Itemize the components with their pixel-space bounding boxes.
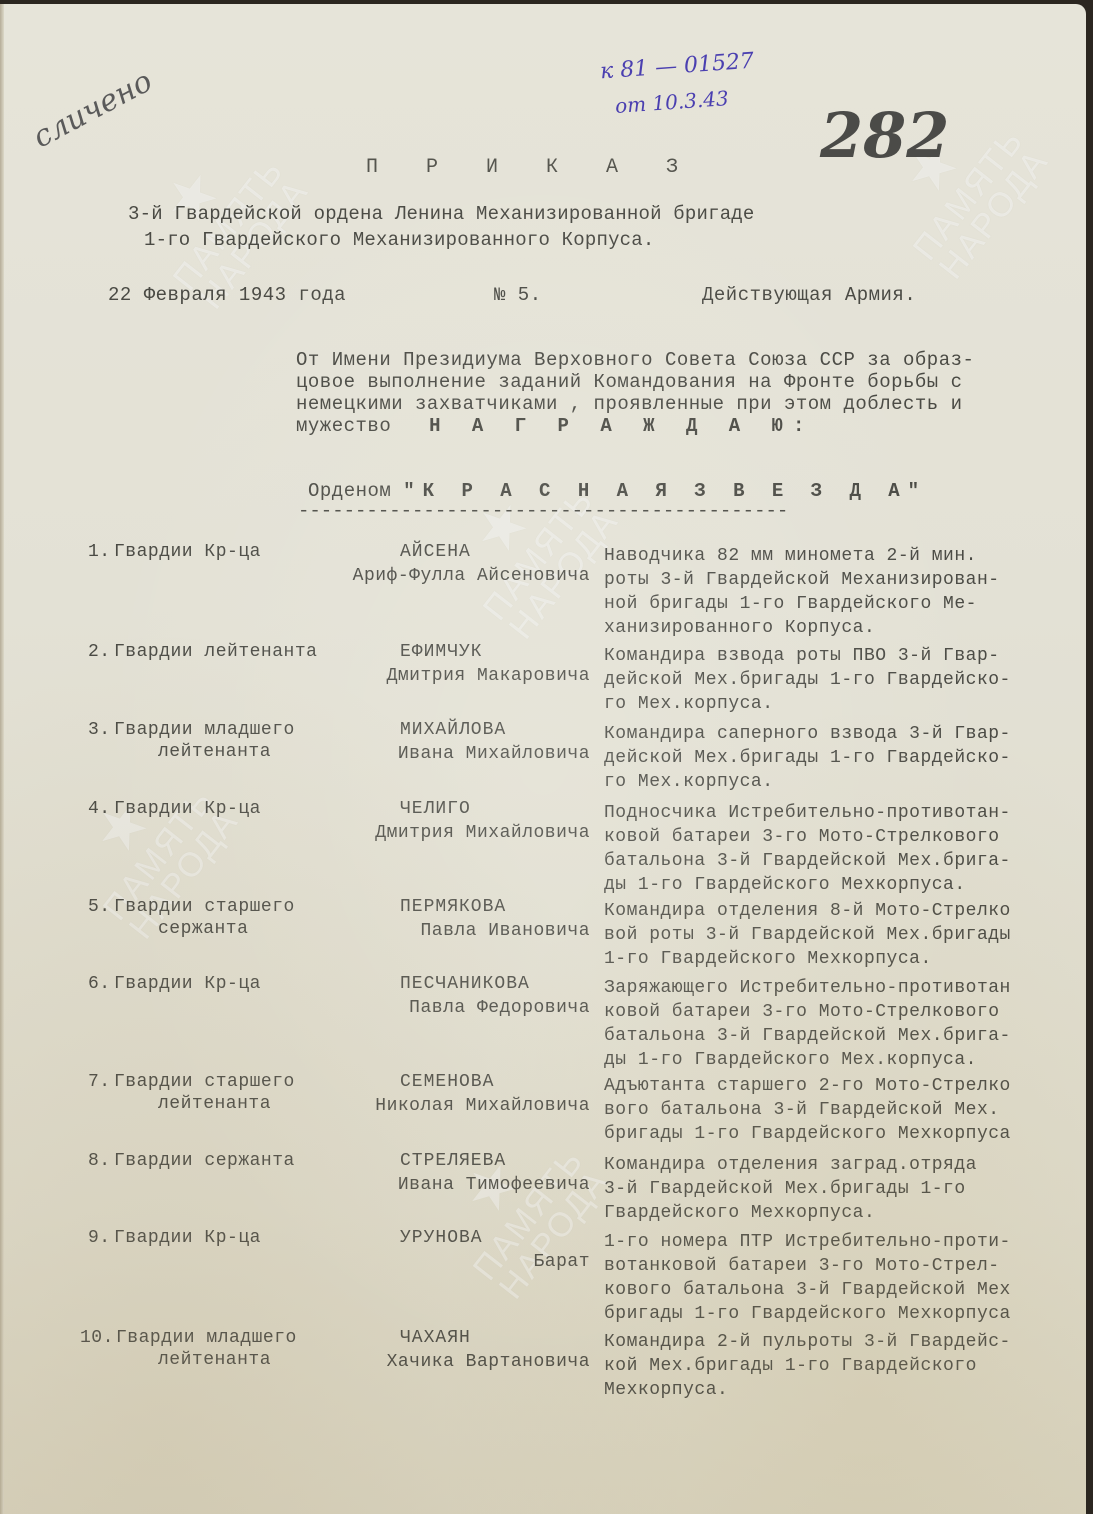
awardee-given-name: Барат xyxy=(533,1252,590,1272)
awardee-rank-cont: лейтенанта xyxy=(158,742,271,762)
awardee-position: Командира взвода роты ПВО 3-й Гвар- дейс… xyxy=(604,644,1011,716)
preamble-prefix: мужество xyxy=(296,415,391,437)
awardee-rank: Гвардии старшего xyxy=(114,1072,295,1092)
awardee-rank-cont: лейтенанта xyxy=(158,1350,271,1370)
archive-reference-date: от 10.3.43 xyxy=(614,86,729,118)
unit-name-line2: 1-го Гвардейского Механизированного Корп… xyxy=(144,229,654,251)
awardee-position: Командира 2-й пульроты 3-й Гвардейс- кой… xyxy=(604,1330,1011,1402)
awardee-given-name: Дмитрия Макаровича xyxy=(387,666,590,686)
document-page: ★ ПАМЯТЬ НАРОДА ★ ПАМЯТЬ НАРОДА ★ ПАМЯТЬ… xyxy=(0,4,1086,1514)
awardee-rank: Гвардии Кр-ца xyxy=(114,799,261,819)
awardee-surname: ПЕСЧАНИКОВА xyxy=(400,974,530,994)
awardee-rank: Гвардии младшего xyxy=(116,1328,297,1348)
awardee-surname: МИХАЙЛОВА xyxy=(400,720,506,740)
awardee-position: Заряжающего Истребительно-противотан ков… xyxy=(604,976,1011,1072)
watermark-text: НАРОДА xyxy=(932,143,1056,287)
award-name: "К Р А С Н А Я З В Е З Д А" xyxy=(403,480,927,502)
watermark-star-icon: ★ xyxy=(51,747,194,906)
handwritten-check-note: сличено xyxy=(27,64,158,156)
awardee-surname: АЙСЕНА xyxy=(400,542,471,562)
award-heading: Орденом "К Р А С Н А Я З В Е З Д А" xyxy=(308,480,927,502)
awardee-rank: Гвардии Кр-ца xyxy=(114,974,261,994)
awardee-given-name: Павла Ивановича xyxy=(420,921,590,941)
unit-name-line1: 3-й Гвардейской ордена Ленина Механизиро… xyxy=(128,203,755,225)
award-verb: Н А Г Р А Ж Д А Ю: xyxy=(429,415,814,437)
document-title: П Р И К А З xyxy=(366,156,696,179)
order-location: Действующая Армия. xyxy=(702,284,916,306)
awardee-surname: ПЕРМЯКОВА xyxy=(400,897,506,917)
preamble: От Имени Президиума Верховного Совета Со… xyxy=(296,349,974,437)
page-edge xyxy=(0,4,4,1514)
awardee-surname: ЧЕЛИГО xyxy=(400,799,471,819)
awardee-given-name: Николая Михайловича xyxy=(375,1096,590,1116)
awardee-number: 2. xyxy=(88,642,111,662)
awardee-position: Командира саперного взвода 3-й Гвар- дей… xyxy=(604,722,1011,794)
awardee-position: Командира отделения 8-й Мото-Стрелко вой… xyxy=(604,899,1011,971)
awardee-surname: СТРЕЛЯЕВА xyxy=(400,1151,506,1171)
awardee-number: 9. xyxy=(88,1228,111,1248)
awardee-rank-cont: лейтенанта xyxy=(158,1094,271,1114)
preamble-line: цовое выполнение заданий Командования на… xyxy=(296,371,974,393)
awardee-surname: УРУНОВА xyxy=(400,1228,483,1248)
awardee-position: Наводчика 82 мм миномета 2-й мин. роты 3… xyxy=(604,544,1000,640)
awardee-number: 10. xyxy=(80,1328,114,1348)
awardee-position: Адъютанта старшего 2-го Мото-Стрелко вог… xyxy=(604,1074,1011,1146)
awardee-number: 7. xyxy=(88,1072,111,1092)
awardee-number: 6. xyxy=(88,974,111,994)
awardee-rank: Гвардии Кр-ца xyxy=(114,1228,261,1248)
watermark: ★ ПАМЯТЬ НАРОДА xyxy=(421,1107,614,1306)
awardee-rank: Гвардии лейтенанта xyxy=(114,642,317,662)
awardee-given-name: Ивана Тимофеевича xyxy=(398,1175,590,1195)
awardee-number: 1. xyxy=(88,542,111,562)
awardee-given-name: Дмитрия Михайловича xyxy=(375,823,590,843)
page-number-handwritten: 282 xyxy=(820,99,949,172)
awardee-position: Командира отделения заград.отряда 3-й Гв… xyxy=(604,1153,977,1225)
awardee-surname: ЧАХАЯН xyxy=(400,1328,471,1348)
awardee-rank: Гвардии старшего xyxy=(114,897,295,917)
awardee-number: 4. xyxy=(88,799,111,819)
preamble-line: немецкими захватчиками , проявленные при… xyxy=(296,393,974,415)
awardee-given-name: Ивана Михайловича xyxy=(398,744,590,764)
awardee-rank: Гвардии сержанта xyxy=(114,1151,295,1171)
awardee-position: Подносчика Истребительно-противотан- ков… xyxy=(604,801,1011,897)
awardee-number: 5. xyxy=(88,897,111,917)
awardee-position: 1-го номера ПТР Истребительно-проти- вот… xyxy=(604,1230,1011,1326)
archive-reference: к 81 — 01527 xyxy=(599,49,754,85)
awardee-surname: ЕФИМЧУК xyxy=(400,642,483,662)
preamble-line: От Имени Президиума Верховного Совета Со… xyxy=(296,349,974,371)
awardee-given-name: Павла Федоровича xyxy=(409,998,590,1018)
order-number: № 5. xyxy=(494,284,542,306)
awardee-given-name: Хачика Вартановича xyxy=(387,1352,590,1372)
awardee-surname: СЕМЕНОВА xyxy=(400,1072,494,1092)
watermark-star-icon: ★ xyxy=(121,117,264,276)
awardee-rank: Гвардии младшего xyxy=(114,720,295,740)
awardee-number: 8. xyxy=(88,1151,111,1171)
award-underline: ----------------------------------------… xyxy=(298,500,788,522)
awardee-rank-cont: сержанта xyxy=(158,919,248,939)
awardee-number: 3. xyxy=(88,720,111,740)
order-date: 22 Февраля 1943 года xyxy=(108,284,346,306)
awardee-rank: Гвардии Кр-ца xyxy=(114,542,261,562)
award-prefix: Орденом xyxy=(308,480,391,502)
preamble-line: мужество Н А Г Р А Ж Д А Ю: xyxy=(296,415,974,437)
awardee-given-name: Ариф-Фулла Айсеновича xyxy=(353,566,590,586)
